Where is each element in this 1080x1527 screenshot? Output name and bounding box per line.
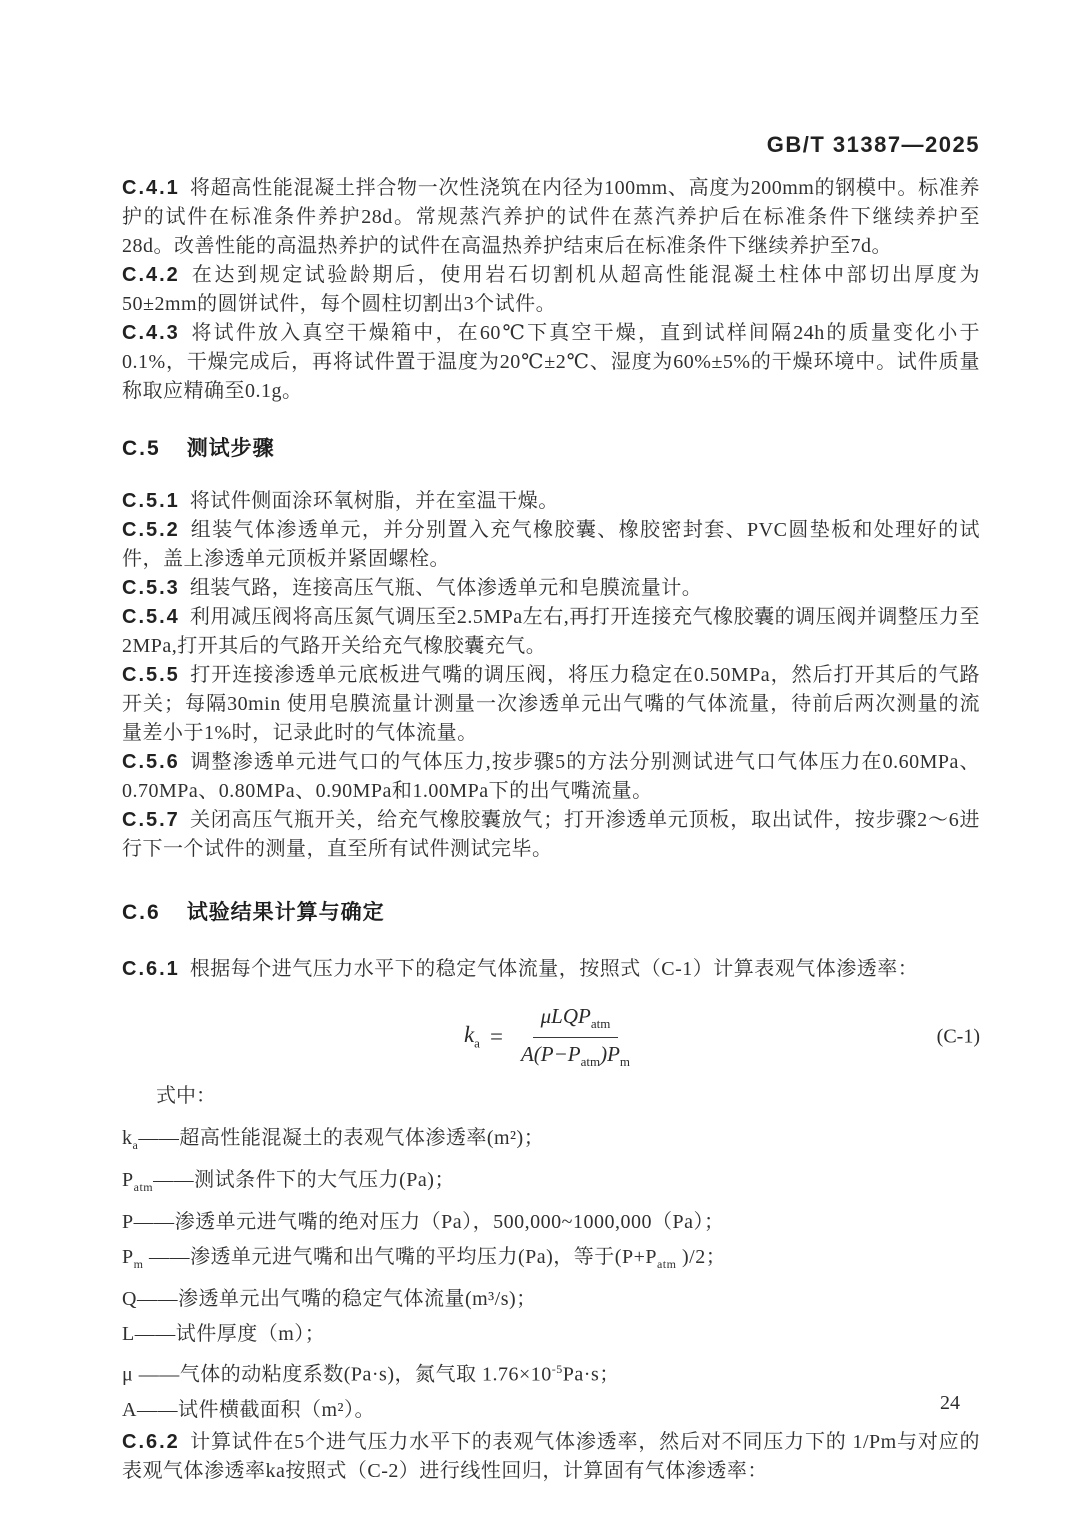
fraction-numerator: μLQPatm <box>533 1004 619 1037</box>
fraction: μLQPatm A(P−Patm)Pm <box>513 1004 638 1069</box>
symbol-subscript: atm <box>657 1257 677 1271</box>
symbol: P <box>122 1211 134 1233</box>
definition-patm: Patm——测试条件下的大气压力(Pa)； <box>122 1163 980 1205</box>
clause-c56: C.5.6调整渗透单元进气口的气体压力,按步骤5的方法分别测试进气口气体压力在0… <box>122 748 980 806</box>
clause-c41: C.4.1将超高性能混凝土拌合物一次性浇筑在内径为100mm、高度为200mm的… <box>122 174 980 261</box>
clause-c51: C.5.1将试件侧面涂环氧树脂，并在室温干燥。 <box>122 487 980 516</box>
numerator-terms: μLQP <box>541 1004 591 1028</box>
denominator-terms: )P <box>600 1042 620 1066</box>
equals-sign: = <box>490 1024 503 1050</box>
symbol: L <box>122 1323 135 1345</box>
clause-text: 将试件放入真空干燥箱中，在60℃下真空干燥，直到试样间隔24h的质量变化小于0.… <box>122 322 980 402</box>
clause-text: 将超高性能混凝土拌合物一次性浇筑在内径为100mm、高度为200mm的钢模中。标… <box>122 177 980 257</box>
clause-c55: C.5.5打开连接渗透单元底板进气嘴的调压阀，将压力稳定在0.50MPa，然后打… <box>122 661 980 748</box>
definition-l: L——试件厚度（m）； <box>122 1317 980 1352</box>
fraction-denominator: A(P−Patm)Pm <box>513 1038 638 1070</box>
definition-text: ——试件横截面积（m²）。 <box>137 1399 375 1421</box>
definition-text: ——试件厚度（m）； <box>135 1323 326 1345</box>
definition-ka: ka——超高性能混凝土的表观气体渗透率(m²)； <box>122 1121 980 1163</box>
symbol: Q <box>122 1288 137 1310</box>
formula-label: (C-1) <box>937 1026 980 1049</box>
clause-c53: C.5.3组装气路，连接高压气瓶、气体渗透单元和皂膜流量计。 <box>122 574 980 603</box>
symbol-subscript: m <box>620 1054 630 1069</box>
clause-c54: C.5.4利用减压阀将高压氮气调压至2.5MPa左右,再打开连接充气橡胶囊的调压… <box>122 603 980 661</box>
clause-text: 利用减压阀将高压氮气调压至2.5MPa左右,再打开连接充气橡胶囊的调压阀并调整压… <box>122 606 980 657</box>
clause-number: C.6.1 <box>122 958 180 980</box>
clause-text: 在达到规定试验龄期后，使用岩石切割机从超高性能混凝土柱体中部切出厚度为50±2m… <box>122 264 980 315</box>
clause-number: C.4.1 <box>122 177 180 199</box>
clause-number: C.5.2 <box>122 519 180 541</box>
definition-text: ——渗透单元进气嘴的绝对压力（Pa），500,000~1000,000（Pa）； <box>134 1211 725 1233</box>
page-number: 24 <box>940 1392 960 1415</box>
section-number: C.6 <box>122 901 161 924</box>
denominator-terms: A(P−P <box>521 1042 581 1066</box>
clause-number: C.5.7 <box>122 809 180 831</box>
definition-mu: μ ——气体的动粘度系数(Pa·s)，氮气取 1.76×10-5Pa·s； <box>122 1352 980 1393</box>
symbol-subscript: atm <box>591 1017 611 1032</box>
symbol: P <box>122 1169 134 1191</box>
symbol: P <box>122 1246 134 1268</box>
section-heading-c6: C.6试验结果计算与确定 <box>122 898 980 927</box>
document-page: GB/T 31387—2025 C.4.1将超高性能混凝土拌合物一次性浇筑在内径… <box>0 0 1080 1527</box>
clause-c62: C.6.2计算试件在5个进气压力水平下的表观气体渗透率，然后对不同压力下的 1/… <box>122 1428 980 1486</box>
clause-number: C.4.2 <box>122 264 180 286</box>
symbol-subscript: atm <box>134 1180 154 1194</box>
clause-number: C.5.5 <box>122 664 180 686</box>
formula-lhs: ka <box>464 1022 480 1052</box>
definition-text: Pa·s； <box>563 1364 620 1386</box>
clause-c57: C.5.7关闭高压气瓶开关，给充气橡胶囊放气；打开渗透单元顶板，取出试件，按步骤… <box>122 806 980 864</box>
where-label: 式中： <box>122 1082 980 1111</box>
clause-number: C.5.4 <box>122 606 180 628</box>
definition-pm: Pm ——渗透单元进气嘴和出气嘴的平均压力(Pa)，等于(P+Patm )/2； <box>122 1240 980 1282</box>
section-heading-c5: C.5测试步骤 <box>122 434 980 463</box>
clause-c42: C.4.2在达到规定试验龄期后，使用岩石切割机从超高性能混凝土柱体中部切出厚度为… <box>122 261 980 319</box>
section-title: 测试步骤 <box>187 437 275 460</box>
definition-text: )/2； <box>676 1246 726 1268</box>
page-content: GB/T 31387—2025 C.4.1将超高性能混凝土拌合物一次性浇筑在内径… <box>122 132 980 1486</box>
clause-text: 组装气路，连接高压气瓶、气体渗透单元和皂膜流量计。 <box>190 577 703 599</box>
symbol: A <box>122 1399 137 1421</box>
definition-q: Q——渗透单元出气嘴的稳定气体流量(m³/s)； <box>122 1282 980 1317</box>
clause-c52: C.5.2组装气体渗透单元，并分别置入充气橡胶囊、橡胶密封套、PVC圆垫板和处理… <box>122 516 980 574</box>
standard-code: GB/T 31387—2025 <box>122 132 980 158</box>
definition-text: ——渗透单元进气嘴和出气嘴的平均压力(Pa)，等于(P+P <box>143 1246 657 1268</box>
clause-text: 计算试件在5个进气压力水平下的表观气体渗透率，然后对不同压力下的 1/Pm与对应… <box>122 1431 980 1482</box>
clause-text: 关闭高压气瓶开关，给充气橡胶囊放气；打开渗透单元顶板，取出试件，按步骤2～6进行… <box>122 809 980 860</box>
clause-text: 将试件侧面涂环氧树脂，并在室温干燥。 <box>190 490 559 512</box>
clause-c61: C.6.1根据每个进气压力水平下的稳定气体流量，按照式（C-1）计算表观气体渗透… <box>122 955 980 984</box>
clause-text: 根据每个进气压力水平下的稳定气体流量，按照式（C-1）计算表观气体渗透率： <box>190 958 919 980</box>
clause-text: 打开连接渗透单元底板进气嘴的调压阀，将压力稳定在0.50MPa，然后打开其后的气… <box>122 664 980 744</box>
clause-number: C.5.3 <box>122 577 180 599</box>
section-title: 试验结果计算与确定 <box>187 901 385 924</box>
symbol-subscript: m <box>134 1257 144 1271</box>
exponent: -5 <box>552 1362 563 1376</box>
definition-text: ——气体的动粘度系数(Pa·s)，氮气取 1.76×10 <box>133 1364 552 1386</box>
symbol-subscript: atm <box>581 1054 601 1069</box>
formula-c1: ka = μLQPatm A(P−Patm)Pm (C-1) <box>122 1000 980 1074</box>
definition-text: ——测试条件下的大气压力(Pa)； <box>153 1169 455 1191</box>
clause-number: C.5.1 <box>122 490 180 512</box>
clause-text: 调整渗透单元进气口的气体压力,按步骤5的方法分别测试进气口气体压力在0.60MP… <box>122 751 980 802</box>
symbol: k <box>122 1127 133 1149</box>
definition-text: ——渗透单元出气嘴的稳定气体流量(m³/s)； <box>137 1288 537 1310</box>
clause-number: C.4.3 <box>122 322 180 344</box>
clause-number: C.5.6 <box>122 751 180 773</box>
formula-expression: ka = μLQPatm A(P−Patm)Pm <box>464 1004 638 1069</box>
section-number: C.5 <box>122 437 161 460</box>
definition-text: ——超高性能混凝土的表观气体渗透率(m²)； <box>138 1127 544 1149</box>
symbol-ka: k <box>464 1022 474 1047</box>
symbol-subscript: a <box>474 1036 480 1051</box>
clause-c43: C.4.3将试件放入真空干燥箱中，在60℃下真空干燥，直到试样间隔24h的质量变… <box>122 319 980 406</box>
definition-p: P——渗透单元进气嘴的绝对压力（Pa），500,000~1000,000（Pa）… <box>122 1205 980 1240</box>
definition-a: A——试件横截面积（m²）。 <box>122 1393 980 1428</box>
clause-number: C.6.2 <box>122 1431 180 1453</box>
clause-text: 组装气体渗透单元，并分别置入充气橡胶囊、橡胶密封套、PVC圆垫板和处理好的试件，… <box>122 519 980 570</box>
symbol: μ <box>122 1364 133 1386</box>
